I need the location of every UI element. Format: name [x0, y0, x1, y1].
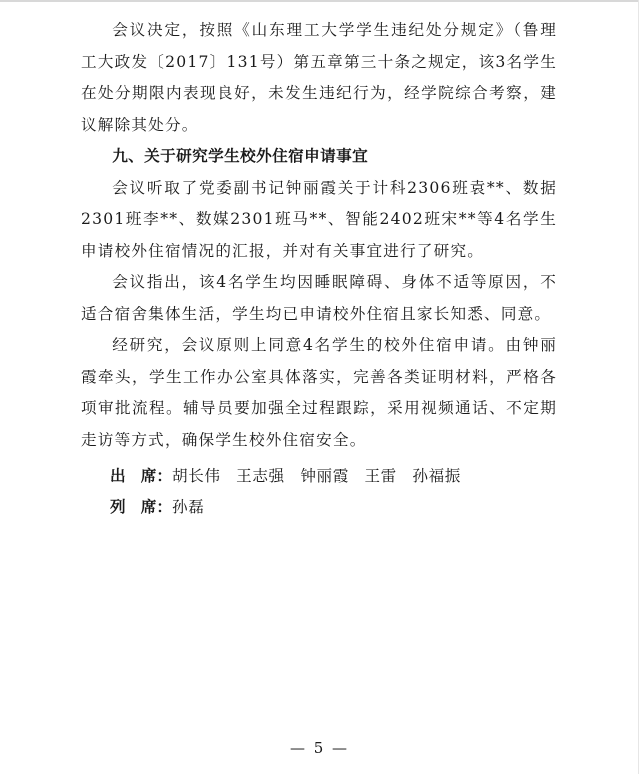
observer-label: 列 席：: [110, 492, 172, 523]
attendance-observer-row: 列 席： 孙磊: [110, 492, 471, 523]
paragraph-report: 会议听取了党委副书记钟丽霞关于计科2306班袁**、数据2301班李**、数媒2…: [81, 173, 557, 268]
paragraph-findings: 会议指出，该4名学生均因睡眠障碍、身体不适等原因，不适合宿舍集体生活，学生均已申…: [81, 267, 557, 330]
observer-name: 孙磊: [172, 498, 204, 516]
page-number: — 5 —: [0, 738, 639, 758]
attendee-name: 胡长伟: [172, 467, 221, 485]
section-heading-9: 九、关于研究学生校外住宿申请事宜: [81, 141, 557, 173]
observer-label-char-1: 列: [110, 492, 126, 523]
paragraph-resolution: 经研究，会议原则上同意4名学生的校外住宿申请。由钟丽霞牵头，学生工作办公室具体落…: [81, 330, 557, 456]
attendee-name: 王雷: [364, 467, 396, 485]
attendance-present-row: 出 席： 胡长伟 王志强 钟丽霞 王雷 孙福振: [110, 461, 471, 492]
present-label-char-2: 席：: [141, 461, 172, 492]
attendee-name: 王志强: [236, 467, 285, 485]
attendee-name: 孙福振: [412, 467, 461, 485]
present-label-char-1: 出: [110, 461, 126, 492]
page-top-border: [0, 0, 639, 2]
observer-label-char-2: 席：: [141, 492, 172, 523]
document-body: 会议决定，按照《山东理工大学学生违纪处分规定》（鲁理工大政发〔2017〕131号…: [81, 15, 557, 456]
observer-names: 孙磊: [172, 492, 214, 523]
present-names: 胡长伟 王志强 钟丽霞 王雷 孙福振: [172, 461, 471, 492]
attendance-block: 出 席： 胡长伟 王志强 钟丽霞 王雷 孙福振 列 席： 孙磊: [110, 461, 471, 523]
present-label: 出 席：: [110, 461, 172, 492]
paragraph-decision: 会议决定，按照《山东理工大学学生违纪处分规定》（鲁理工大政发〔2017〕131号…: [81, 15, 557, 141]
attendee-name: 钟丽霞: [300, 467, 349, 485]
